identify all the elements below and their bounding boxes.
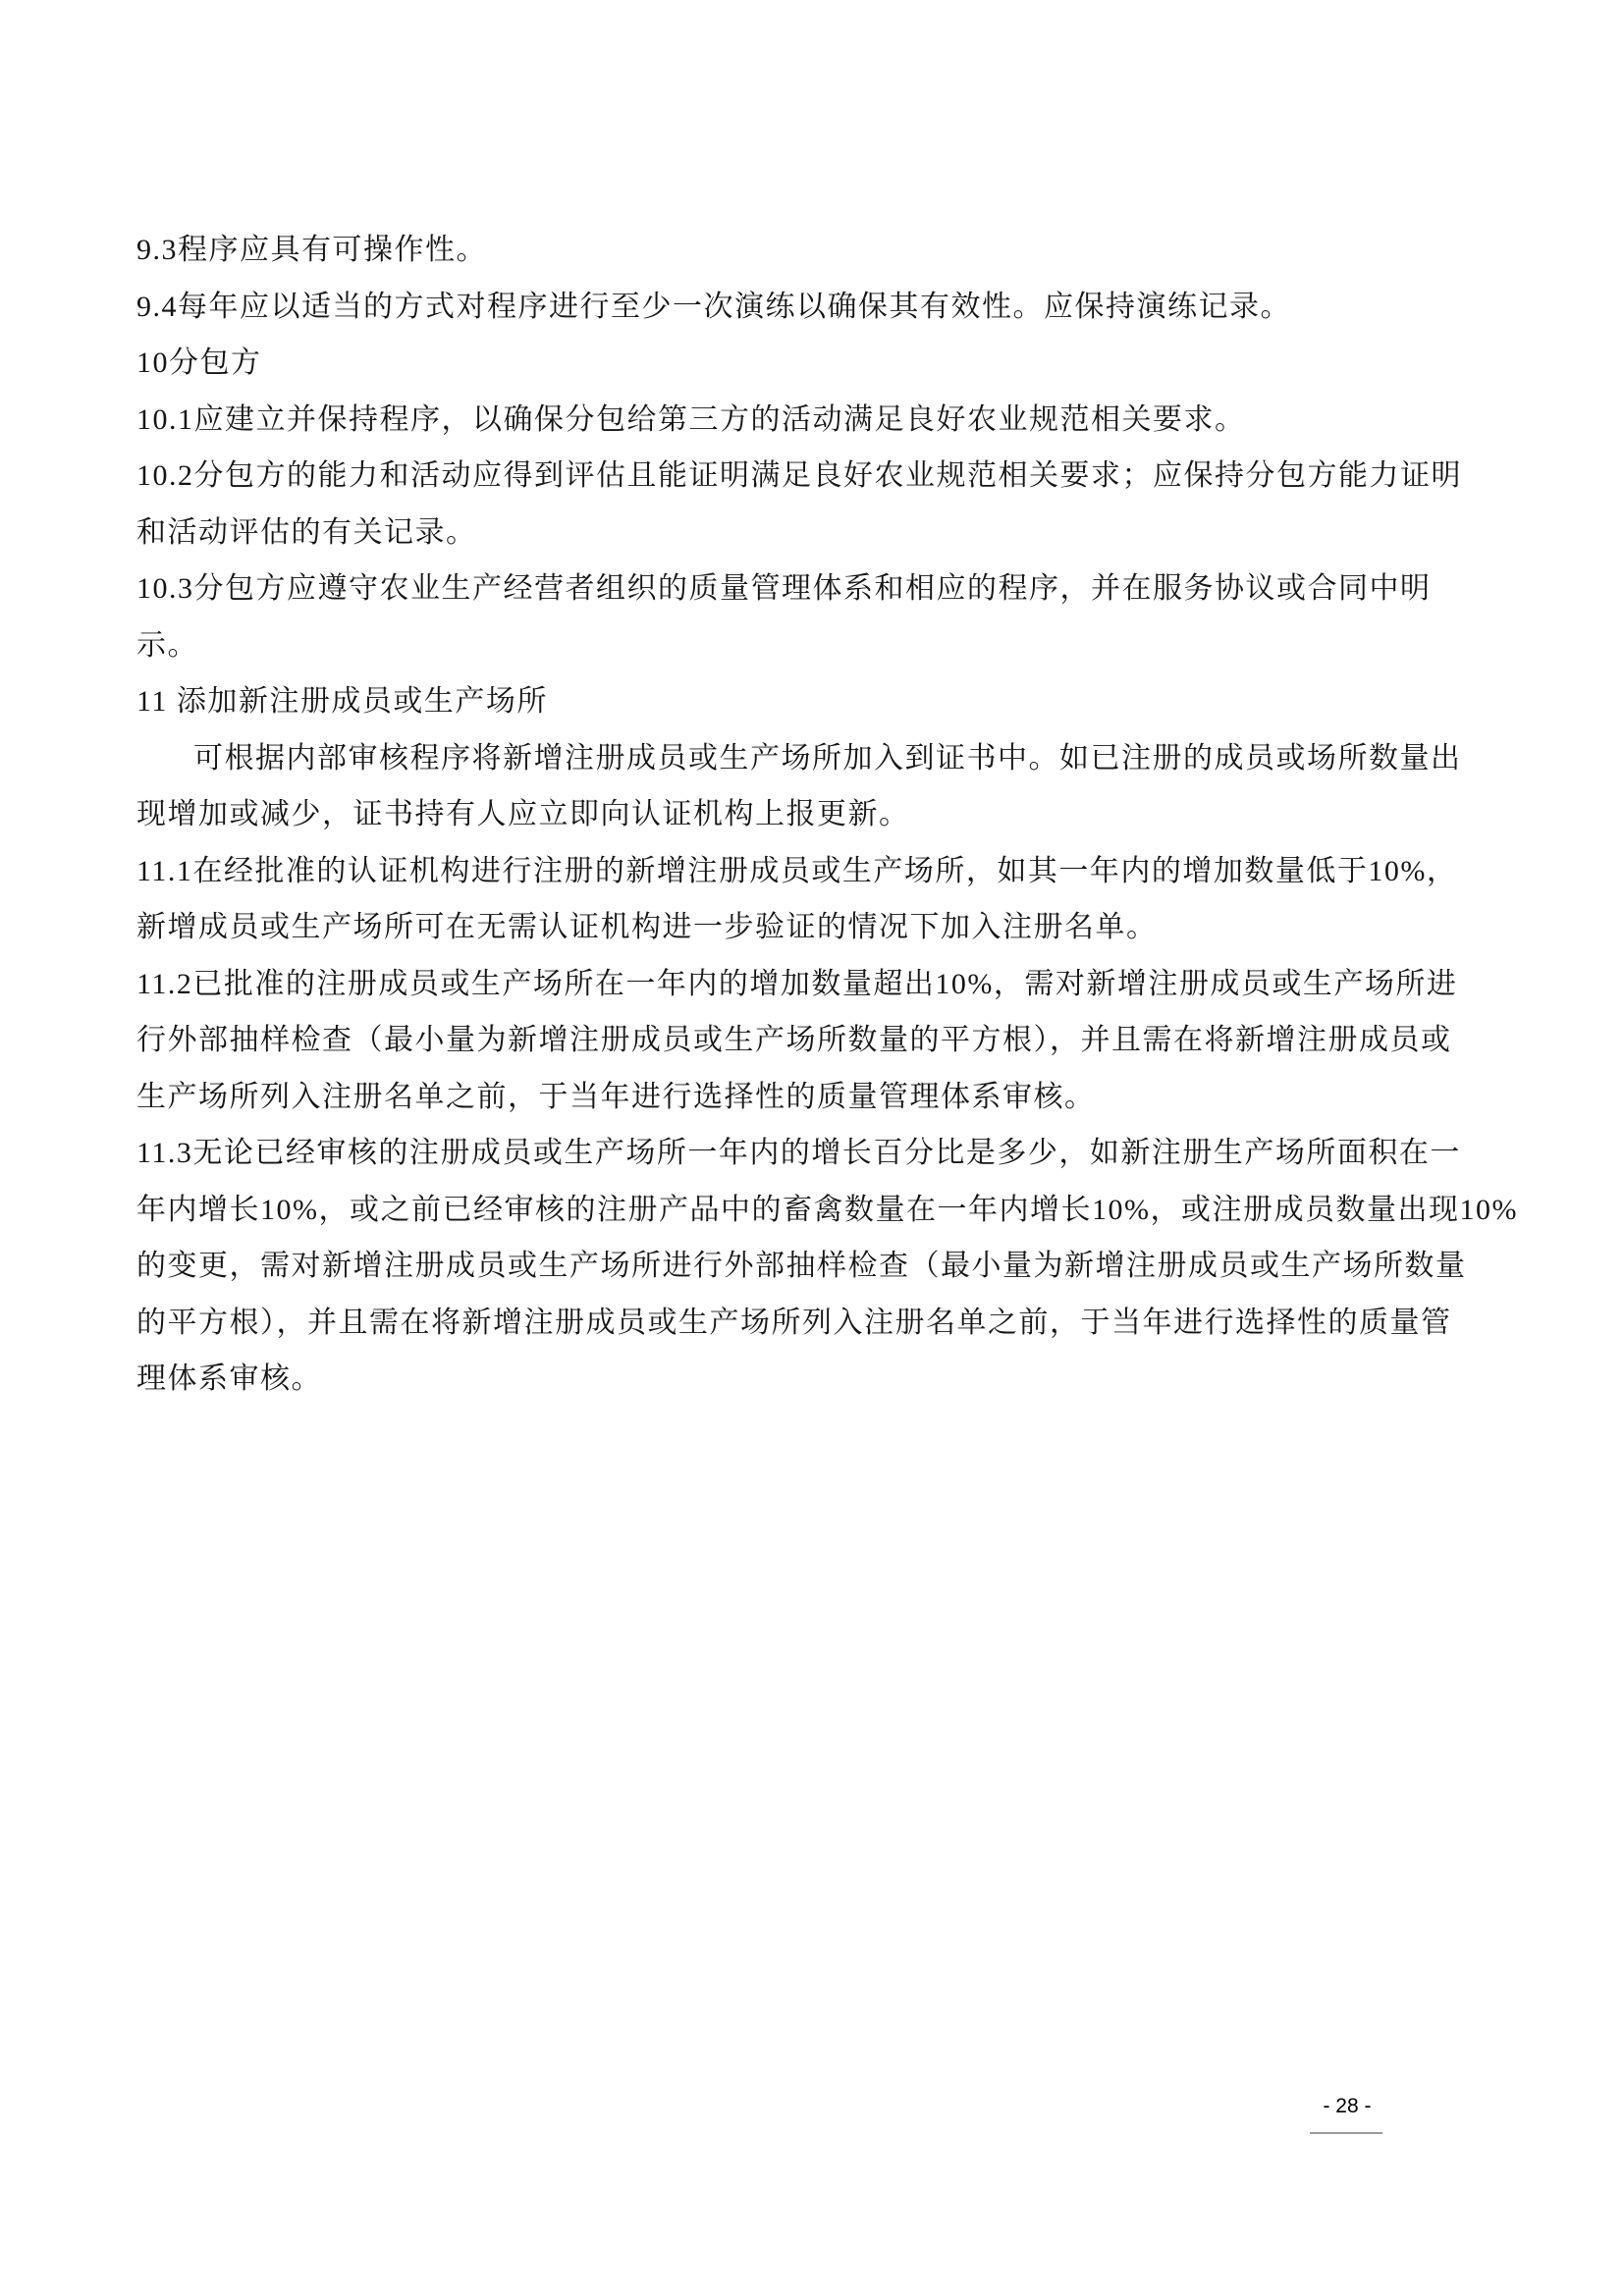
section-heading: 11 添加新注册成员或生产场所 <box>136 673 1511 730</box>
text-line: 示。 <box>136 617 1511 674</box>
text-line: 年内增长10%，或之前已经审核的注册产品中的畜禽数量在一年内增长10%，或注册成… <box>136 1182 1511 1239</box>
text-line: 可根据内部审核程序将新增注册成员或生产场所加入到证书中。如已注册的成员或场所数量… <box>136 730 1511 787</box>
text-line: 理体系审核。 <box>136 1351 1511 1408</box>
text-line: 11.1在经批准的认证机构进行注册的新增注册成员或生产场所，如其一年内的增加数量… <box>136 843 1511 900</box>
text-line: 10.3分包方应遵守农业生产经营者组织的质量管理体系和相应的程序，并在服务协议或… <box>136 561 1511 617</box>
text-line: 行外部抽样检查（最小量为新增注册成员或生产场所数量的平方根），并且需在将新增注册… <box>136 1012 1511 1069</box>
text-line: 9.4每年应以适当的方式对程序进行至少一次演练以确保其有效性。应保持演练记录。 <box>136 279 1511 336</box>
text-line: 11.3无论已经审核的注册成员或生产场所一年内的增长百分比是多少，如新注册生产场… <box>136 1125 1511 1182</box>
text-line: 新增成员或生产场所可在无需认证机构进一步验证的情况下加入注册名单。 <box>136 899 1511 956</box>
page-number: - 28 - <box>1312 2095 1382 2118</box>
text-line: 生产场所列入注册名单之前，于当年进行选择性的质量管理体系审核。 <box>136 1069 1511 1126</box>
document-body: 9.3程序应具有可操作性。 9.4每年应以适当的方式对程序进行至少一次演练以确保… <box>136 222 1511 1408</box>
footer-divider <box>1310 2132 1382 2134</box>
text-line: 的平方根），并且需在将新增注册成员或生产场所列入注册名单之前，于当年进行选择性的… <box>136 1295 1511 1352</box>
text-line: 的变更，需对新增注册成员或生产场所进行外部抽样检查（最小量为新增注册成员或生产场… <box>136 1238 1511 1295</box>
section-heading: 10分包方 <box>136 335 1511 392</box>
text-line: 和活动评估的有关记录。 <box>136 505 1511 561</box>
text-line: 9.3程序应具有可操作性。 <box>136 222 1511 279</box>
text-line: 10.1应建立并保持程序，以确保分包给第三方的活动满足良好农业规范相关要求。 <box>136 392 1511 449</box>
document-page: 9.3程序应具有可操作性。 9.4每年应以适当的方式对程序进行至少一次演练以确保… <box>0 0 1624 2296</box>
text-line: 11.2已批准的注册成员或生产场所在一年内的增加数量超出10%，需对新增注册成员… <box>136 956 1511 1013</box>
text-line: 现增加或减少，证书持有人应立即向认证机构上报更新。 <box>136 786 1511 843</box>
text-line: 10.2分包方的能力和活动应得到评估且能证明满足良好农业规范相关要求；应保持分包… <box>136 448 1511 505</box>
